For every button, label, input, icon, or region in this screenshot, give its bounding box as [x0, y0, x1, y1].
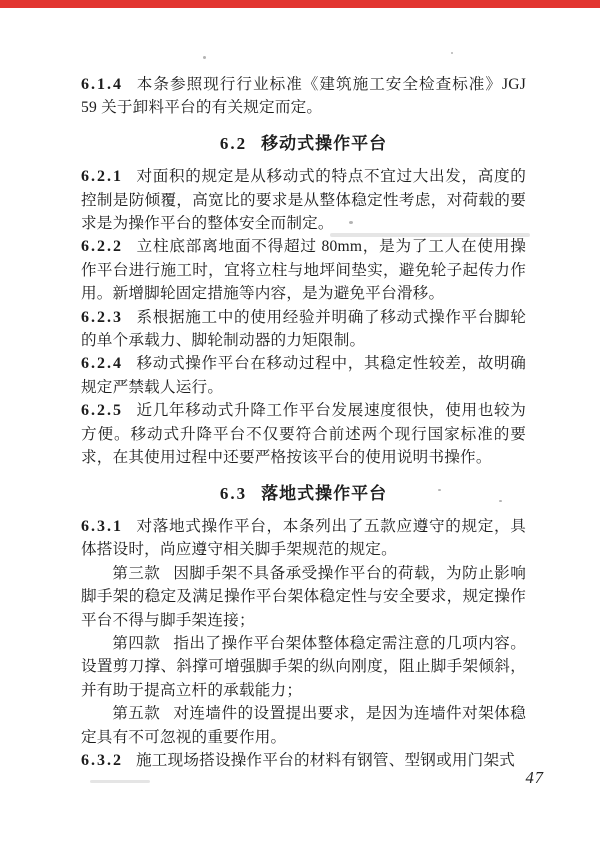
clause-text: 对面积的规定是从移动式的特点不宜过大出发，高度的控制是防倾覆，高宽比的要求是从整… [81, 168, 526, 232]
clause-text: 对落地式操作平台，本条列出了五款应遵守的规定，具体搭设时，尚应遵守相关脚手架规范… [81, 518, 526, 558]
heading-number: 6.3 [220, 484, 247, 503]
top-red-band [0, 0, 600, 8]
heading-title: 落地式操作平台 [261, 484, 387, 503]
scan-speck [451, 52, 453, 54]
clause-paragraph: 6.3.2施工现场搭设操作平台的材料有钢管、型钢或用门架式 [81, 749, 526, 772]
clause-number: 6.2.3 [81, 309, 123, 326]
clause-text: 系根据施工中的使用经验并明确了移动式操作平台脚轮的单个承载力、脚轮制动器的力矩限… [81, 309, 526, 349]
clause-text: 本条参照现行行业标准《建筑施工安全检查标准》JGJ 59 关于卸料平台的有关规定… [81, 76, 526, 116]
sub-clause-paragraph: 第四款指出了操作平台架体整体稳定需注意的几项内容。设置剪刀撑、斜撑可增强脚手架的… [81, 632, 526, 702]
clause-paragraph: 6.2.2立柱底部离地面不得超过 80mm，是为了工人在使用操作平台进行施工时，… [81, 235, 526, 305]
clause-text: 施工现场搭设操作平台的材料有钢管、型钢或用门架式 [136, 752, 515, 769]
sub-clause-paragraph: 第五款对连墙件的设置提出要求，是因为连墙件对架体稳定具有不可忽视的重要作用。 [81, 702, 526, 749]
scan-smudge [330, 233, 530, 237]
clause-paragraph: 6.2.5近几年移动式升降工作平台发展速度很快，使用也较为方便。移动式升降平台不… [81, 399, 526, 469]
scan-speck [203, 56, 206, 59]
clause-number: 6.2.1 [81, 168, 123, 185]
scan-speck [438, 489, 441, 491]
clause-number: 6.2.4 [81, 355, 123, 372]
heading-title: 移动式操作平台 [261, 134, 387, 153]
scan-speck [499, 500, 502, 502]
document-page: { "page": { "page_number": "47", "top_ba… [0, 0, 600, 853]
section-heading: 6.2移动式操作平台 [81, 132, 526, 155]
clause-number: 6.2.2 [81, 238, 123, 255]
clause-text: 立柱底部离地面不得超过 80mm，是为了工人在使用操作平台进行施工时，宜将立柱与… [81, 238, 526, 302]
heading-number: 6.2 [220, 134, 247, 153]
clause-paragraph: 6.3.1对落地式操作平台，本条列出了五款应遵守的规定，具体搭设时，尚应遵守相关… [81, 515, 526, 562]
clause-paragraph: 6.2.3系根据施工中的使用经验并明确了移动式操作平台脚轮的单个承载力、脚轮制动… [81, 306, 526, 353]
section-heading: 6.3落地式操作平台 [81, 482, 526, 505]
sub-clause-paragraph: 第三款因脚手架不具备承受操作平台的荷载，为防止影响脚手架的稳定及满足操作平台架体… [81, 562, 526, 632]
clause-paragraph: 6.2.1对面积的规定是从移动式的特点不宜过大出发，高度的控制是防倾覆，高宽比的… [81, 165, 526, 235]
clause-text: 移动式操作平台在移动过程中，其稳定性较差，故明确规定严禁载人运行。 [81, 355, 526, 395]
scan-speck [349, 221, 353, 224]
page-content: 6.1.4本条参照现行行业标准《建筑施工安全检查标准》JGJ 59 关于卸料平台… [81, 73, 526, 772]
sub-clause-label: 第三款 [112, 565, 160, 582]
clause-number: 6.2.5 [81, 402, 123, 419]
clause-paragraph: 6.2.4移动式操作平台在移动过程中，其稳定性较差，故明确规定严禁载人运行。 [81, 352, 526, 399]
clause-text: 近几年移动式升降工作平台发展速度很快，使用也较为方便。移动式升降平台不仅要符合前… [81, 402, 526, 466]
sub-clause-label: 第五款 [112, 705, 160, 722]
scan-smudge [90, 780, 150, 783]
clause-number: 6.3.2 [81, 752, 123, 769]
clause-paragraph: 6.1.4本条参照现行行业标准《建筑施工安全检查标准》JGJ 59 关于卸料平台… [81, 73, 526, 120]
clause-number: 6.1.4 [81, 76, 123, 93]
clause-number: 6.3.1 [81, 518, 123, 535]
sub-clause-label: 第四款 [112, 635, 160, 652]
page-number: 47 [526, 768, 545, 788]
